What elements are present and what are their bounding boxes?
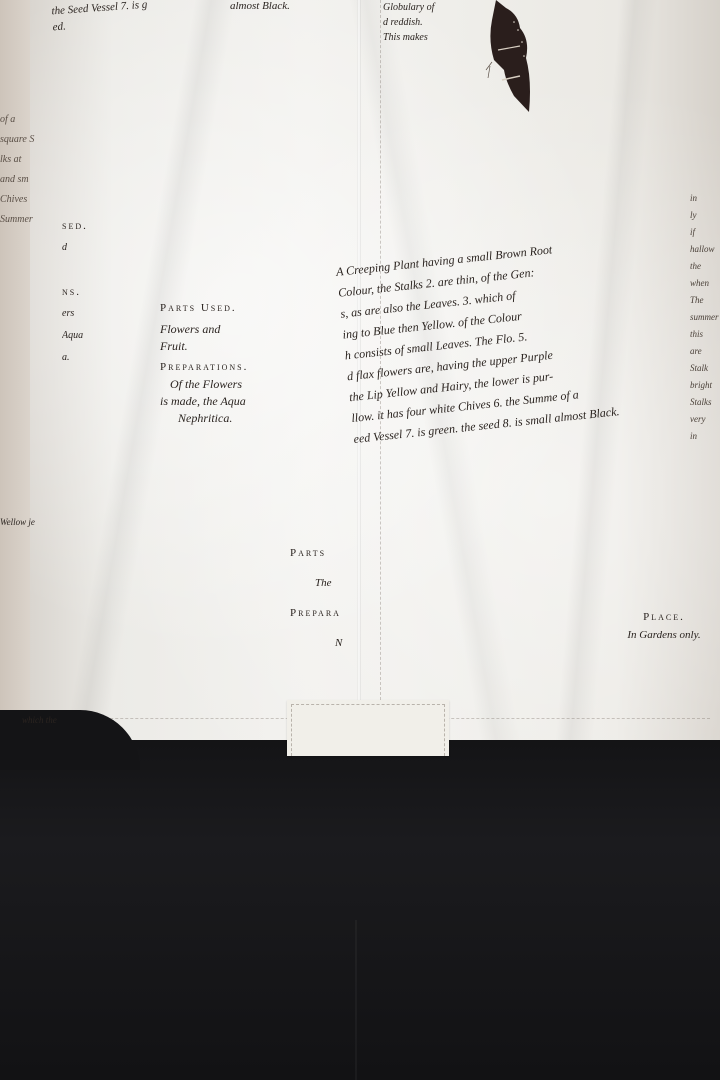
print-line: when [690, 275, 720, 292]
black-trousers [0, 740, 720, 1080]
print-line: Fruit. [160, 338, 310, 355]
print-line: d reddish. [383, 15, 434, 30]
print-line: Flowers and [160, 321, 310, 338]
print-line: Nephritica. [160, 410, 310, 427]
print-line: The [290, 568, 360, 598]
print-line: Of the Flowers [160, 376, 310, 393]
print-line: This makes [383, 30, 434, 45]
print-line: hallow [690, 241, 720, 258]
print-line: Parts [290, 538, 360, 568]
print-line: Wellow je [0, 517, 35, 527]
print-line: ers [62, 303, 102, 325]
print-parts-used: Parts Used. Flowers and Fruit. Preparati… [160, 300, 310, 427]
print-line: in [690, 190, 720, 207]
print-line: are [690, 343, 720, 360]
print-place: Place. In Gardens only. [614, 608, 714, 644]
print-line: N [290, 628, 360, 658]
print-line: Prepara [290, 598, 360, 628]
print-line: Stalks [690, 394, 720, 411]
preparations-heading: Preparations. [160, 359, 310, 376]
print-line: ly [690, 207, 720, 224]
print-line: is made, the Aqua [160, 393, 310, 410]
print-line: lks at [0, 150, 60, 170]
print-left-edge: of a square S lks at and sm Chives Summe… [0, 110, 60, 230]
print-line: square S [0, 130, 60, 150]
print-line: The [690, 292, 720, 309]
print-line: bright [690, 377, 720, 394]
print-line: Chives [0, 190, 60, 210]
print-line: In Gardens only. [614, 626, 714, 644]
hem-tab [287, 700, 449, 756]
print-line [62, 259, 102, 281]
print-line: the [690, 258, 720, 275]
print-line: Aqua [62, 325, 102, 347]
print-line: of a [0, 110, 60, 130]
print-line: if [690, 224, 720, 241]
parts-used-heading: Parts Used. [160, 300, 310, 317]
hem-tab-stitching [291, 704, 445, 756]
print-line: a. [62, 347, 102, 369]
print-line: d [62, 237, 102, 259]
print-left-edge-2: sed. d ns. ers Aqua a. [62, 215, 102, 369]
print-line: ns. [62, 281, 102, 303]
photo-scene: the Seed Vessel 7. is g ed. almost Black… [0, 0, 720, 1080]
print-line: Globulary of [383, 0, 434, 15]
print-right-edge: in ly if hallow the when The summer this… [690, 190, 720, 445]
print-top-mid: almost Black. [230, 0, 290, 12]
print-line: and sm [0, 170, 60, 190]
print-line: sed. [62, 215, 102, 237]
print-line: Summer [0, 210, 60, 230]
print-line: very [690, 411, 720, 428]
print-hem-note: which the [22, 715, 57, 725]
print-top-right: Globulary of d reddish. This makes [383, 0, 434, 45]
place-heading: Place. [614, 608, 714, 626]
print-line: almost Black. [230, 0, 290, 12]
print-line: this [690, 326, 720, 343]
print-line: Stalk [690, 360, 720, 377]
print-parts-fragment: Parts The Prepara N [290, 538, 360, 658]
print-left-note: Wellow je [0, 517, 35, 527]
print-plant-description: A Creeping Plant having a small Brown Ro… [335, 231, 653, 450]
print-line: summer [690, 309, 720, 326]
butterfly-icon [484, 0, 544, 115]
print-line: which the [22, 715, 57, 725]
print-line: in [690, 428, 720, 445]
